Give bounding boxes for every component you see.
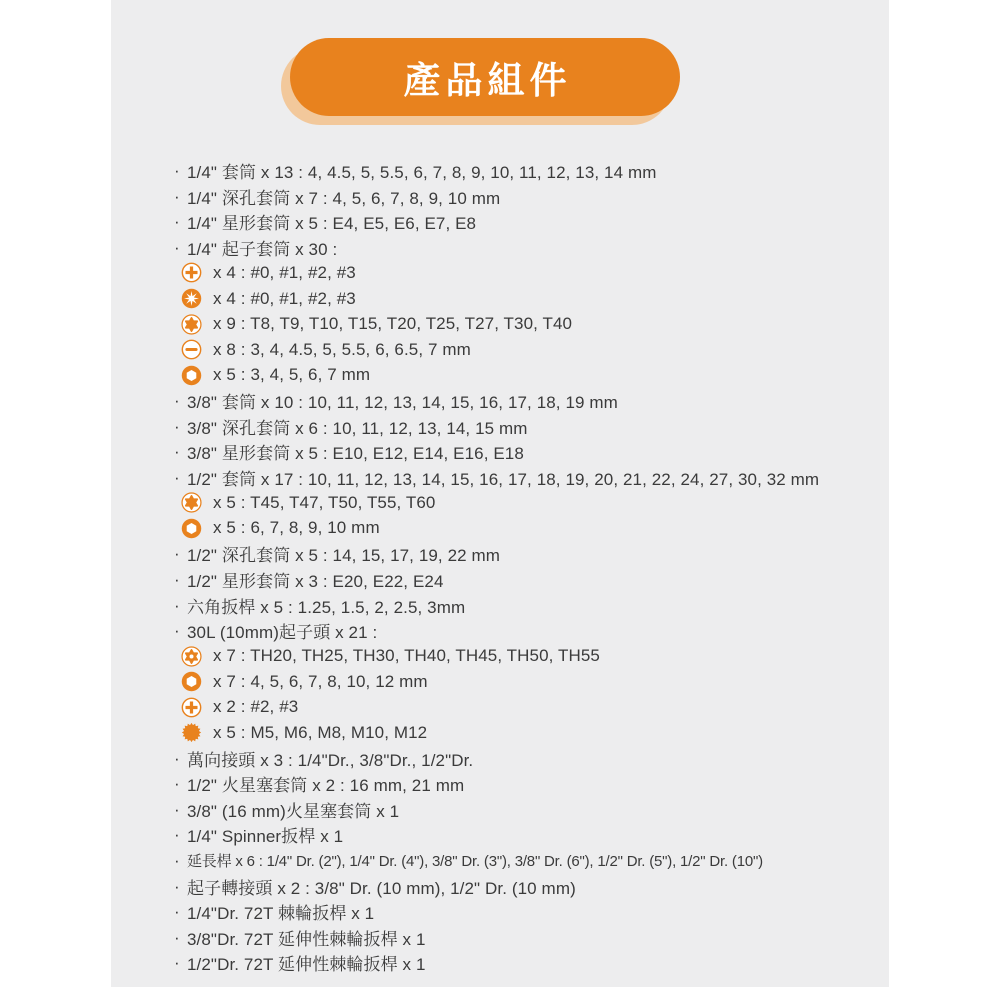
list-item: · 六角扳桿 x 5 : 1.25, 1.5, 2, 2.5, 3mm <box>0 592 1000 618</box>
list-item-text: x 5 : 6, 7, 8, 9, 10 mm <box>213 518 380 538</box>
section-header-banner: 產品組件 <box>290 38 680 116</box>
list-item-text: 1/2" 套筒 x 17 : 10, 11, 12, 13, 14, 15, 1… <box>187 465 819 490</box>
list-item: · 1/4" Spinner扳桿 x 1 <box>0 822 1000 848</box>
list-item: · 3/8" 星形套筒 x 5 : E10, E12, E14, E16, E1… <box>0 439 1000 465</box>
bullet-dot: · <box>174 545 187 562</box>
list-item-text: 3/8" 深孔套筒 x 6 : 10, 11, 12, 13, 14, 15 m… <box>187 414 528 439</box>
list-item-text: 萬向接頭 x 3 : 1/4"Dr., 3/8"Dr., 1/2"Dr. <box>187 746 473 771</box>
hex-icon <box>181 365 202 386</box>
list-item-text: x 7 : 4, 5, 6, 7, 8, 10, 12 mm <box>213 672 428 692</box>
list-item-text: 3/8" 套筒 x 10 : 10, 11, 12, 13, 14, 15, 1… <box>187 388 618 413</box>
list-item: · 1/2" 套筒 x 17 : 10, 11, 12, 13, 14, 15,… <box>0 465 1000 491</box>
list-item-text: 1/4" 深孔套筒 x 7 : 4, 5, 6, 7, 8, 9, 10 mm <box>187 184 500 209</box>
section-title: 產品組件 <box>399 50 572 104</box>
bullet-dot: · <box>174 775 187 792</box>
slotted-icon <box>181 339 202 360</box>
list-item-text: 1/2" 星形套筒 x 3 : E20, E22, E24 <box>187 567 444 592</box>
list-item-text: x 5 : 3, 4, 5, 6, 7 mm <box>213 365 370 385</box>
list-item-text: x 8 : 3, 4, 4.5, 5, 5.5, 6, 6.5, 7 mm <box>213 340 471 360</box>
list-item: · 1/4" 起子套筒 x 30 : <box>0 235 1000 261</box>
list-item: x 9 : T8, T9, T10, T15, T20, T25, T27, T… <box>0 311 1000 337</box>
list-item-text: x 4 : #0, #1, #2, #3 <box>213 289 356 309</box>
list-item: · 1/2" 深孔套筒 x 5 : 14, 15, 17, 19, 22 mm <box>0 541 1000 567</box>
list-item-text: 3/8"Dr. 72T 延伸性棘輪扳桿 x 1 <box>187 925 426 950</box>
phillips-icon <box>181 697 202 718</box>
list-item-text: 六角扳桿 x 5 : 1.25, 1.5, 2, 2.5, 3mm <box>187 593 465 618</box>
list-item: · 3/8"Dr. 72T 延伸性棘輪扳桿 x 1 <box>0 924 1000 950</box>
list-item-text: 1/2"Dr. 72T 延伸性棘輪扳桿 x 1 <box>187 950 426 975</box>
bullet-dot: · <box>174 826 187 843</box>
bullet-dot: · <box>174 801 187 818</box>
pozidriv-icon <box>181 288 202 309</box>
list-item-text: 1/4" 套筒 x 13 : 4, 4.5, 5, 5.5, 6, 7, 8, … <box>187 158 657 183</box>
list-item-text: x 5 : T45, T47, T50, T55, T60 <box>213 493 435 513</box>
bullet-dot: · <box>174 239 187 256</box>
torx-icon <box>181 492 202 513</box>
list-item: x 2 : #2, #3 <box>0 694 1000 720</box>
list-item-text: x 7 : TH20, TH25, TH30, TH40, TH45, TH50… <box>213 646 600 666</box>
list-item: x 4 : #0, #1, #2, #3 <box>0 286 1000 312</box>
list-item: · 1/4" 星形套筒 x 5 : E4, E5, E6, E7, E8 <box>0 209 1000 235</box>
list-item: · 1/4" 深孔套筒 x 7 : 4, 5, 6, 7, 8, 9, 10 m… <box>0 184 1000 210</box>
list-item: · 3/8" 深孔套筒 x 6 : 10, 11, 12, 13, 14, 15… <box>0 413 1000 439</box>
hex-icon <box>181 671 202 692</box>
bullet-dot: · <box>174 571 187 588</box>
bullet-dot: · <box>174 213 187 230</box>
list-item-text: x 4 : #0, #1, #2, #3 <box>213 263 356 283</box>
list-item-text: 3/8" (16 mm)火星塞套筒 x 1 <box>187 797 399 822</box>
bullet-dot: · <box>174 597 187 614</box>
list-item-text: x 5 : M5, M6, M8, M10, M12 <box>213 723 427 743</box>
list-item: x 7 : TH20, TH25, TH30, TH40, TH45, TH50… <box>0 643 1000 669</box>
bullet-dot: · <box>174 929 187 946</box>
spline-icon <box>181 722 202 743</box>
list-item: x 5 : M5, M6, M8, M10, M12 <box>0 720 1000 746</box>
list-item-text: 1/4" Spinner扳桿 x 1 <box>187 822 343 847</box>
list-item: · 3/8" 套筒 x 10 : 10, 11, 12, 13, 14, 15,… <box>0 388 1000 414</box>
list-item-text: 1/4"Dr. 72T 棘輪扳桿 x 1 <box>187 899 374 924</box>
list-item-text: 1/2" 深孔套筒 x 5 : 14, 15, 17, 19, 22 mm <box>187 541 500 566</box>
list-item: x 5 : T45, T47, T50, T55, T60 <box>0 490 1000 516</box>
list-item: · 3/8" (16 mm)火星塞套筒 x 1 <box>0 797 1000 823</box>
list-item: · 起子轉接頭 x 2 : 3/8" Dr. (10 mm), 1/2" Dr.… <box>0 873 1000 899</box>
bullet-dot: · <box>174 878 187 895</box>
component-list: · 1/4" 套筒 x 13 : 4, 4.5, 5, 5.5, 6, 7, 8… <box>0 158 1000 976</box>
list-item: x 4 : #0, #1, #2, #3 <box>0 260 1000 286</box>
bullet-dot: · <box>174 622 187 639</box>
list-item-text: x 2 : #2, #3 <box>213 697 298 717</box>
list-item: · 萬向接頭 x 3 : 1/4"Dr., 3/8"Dr., 1/2"Dr. <box>0 746 1000 772</box>
list-item-text: 1/2" 火星塞套筒 x 2 : 16 mm, 21 mm <box>187 771 464 796</box>
list-item-text: 3/8" 星形套筒 x 5 : E10, E12, E14, E16, E18 <box>187 439 524 464</box>
bullet-dot: · <box>174 418 187 435</box>
bullet-dot: · <box>174 392 187 409</box>
hex-icon <box>181 518 202 539</box>
list-item: · 1/2" 火星塞套筒 x 2 : 16 mm, 21 mm <box>0 771 1000 797</box>
list-item: · 延長桿 x 6 : 1/4" Dr. (2"), 1/4" Dr. (4")… <box>0 848 1000 874</box>
list-item: x 8 : 3, 4, 4.5, 5, 5.5, 6, 6.5, 7 mm <box>0 337 1000 363</box>
torx-icon <box>181 314 202 335</box>
list-item: · 1/2"Dr. 72T 延伸性棘輪扳桿 x 1 <box>0 950 1000 976</box>
bullet-dot: · <box>174 443 187 460</box>
list-item-text: 1/4" 起子套筒 x 30 : <box>187 235 337 260</box>
list-item: · 1/2" 星形套筒 x 3 : E20, E22, E24 <box>0 567 1000 593</box>
list-item: · 1/4" 套筒 x 13 : 4, 4.5, 5, 5.5, 6, 7, 8… <box>0 158 1000 184</box>
bullet-dot: · <box>174 188 187 205</box>
list-item: x 5 : 6, 7, 8, 9, 10 mm <box>0 516 1000 542</box>
list-item-text: 延長桿 x 6 : 1/4" Dr. (2"), 1/4" Dr. (4"), … <box>187 850 763 871</box>
list-item: x 7 : 4, 5, 6, 7, 8, 10, 12 mm <box>0 669 1000 695</box>
bullet-dot: · <box>174 903 187 920</box>
bullet-dot: · <box>174 162 187 179</box>
bullet-dot: · <box>174 852 187 869</box>
list-item: · 1/4"Dr. 72T 棘輪扳桿 x 1 <box>0 899 1000 925</box>
list-item: · 30L (10mm)起子頭 x 21 : <box>0 618 1000 644</box>
phillips-icon <box>181 262 202 283</box>
list-item-text: 1/4" 星形套筒 x 5 : E4, E5, E6, E7, E8 <box>187 209 476 234</box>
bullet-dot: · <box>174 750 187 767</box>
list-item-text: 30L (10mm)起子頭 x 21 : <box>187 618 377 643</box>
list-item: x 5 : 3, 4, 5, 6, 7 mm <box>0 362 1000 388</box>
bullet-dot: · <box>174 954 187 971</box>
list-item-text: x 9 : T8, T9, T10, T15, T20, T25, T27, T… <box>213 314 572 334</box>
bullet-dot: · <box>174 469 187 486</box>
tamper-torx-icon <box>181 646 202 667</box>
list-item-text: 起子轉接頭 x 2 : 3/8" Dr. (10 mm), 1/2" Dr. (… <box>187 874 576 899</box>
